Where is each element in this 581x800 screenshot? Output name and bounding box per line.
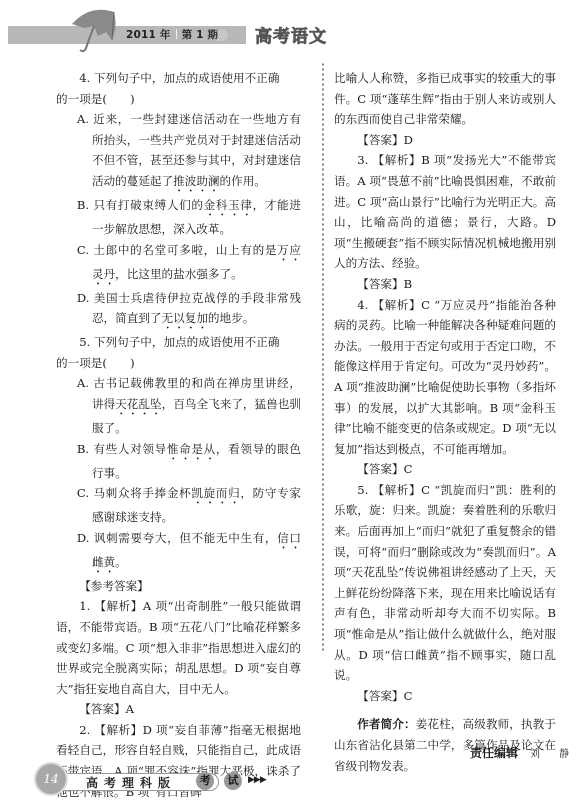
- q4-option-c: C. 土郎中的名堂可多啦，山上有的是万应灵丹，比这里的盐水强多了。: [56, 240, 301, 288]
- chevrons-icon: 》》》: [215, 25, 232, 44]
- issue-number: 第 1 期: [182, 29, 219, 41]
- editor-label: 责任编辑: [470, 746, 518, 760]
- answer-5-analysis: 5. 【解析】C “凯旋而归”凯：胜利的乐歌，旋：归来。凯旋：奏着胜利的乐歌归来…: [334, 480, 556, 686]
- answer-3-analysis: 3. 【解析】B 项“发扬光大”不能带宾语。A 项“畏葸不前”比喻畏惧困难，不敢…: [334, 150, 556, 274]
- issue-year: 2011 年: [126, 29, 171, 41]
- issue-info: 2011 年第 1 期: [126, 27, 218, 42]
- q4-option-a: A. 近来，一些封建迷信活动在一些地方有所抬头，一些共产党员对于封建迷信活动不但…: [56, 109, 301, 195]
- answer-4: 【答案】C: [334, 459, 556, 480]
- left-column: 4. 下列句子中，加点的成语使用不正确 的一项是( ) A. 近来，一些封建迷信…: [56, 68, 301, 800]
- q4-stem: 4. 下列句子中，加点的成语使用不正确: [56, 68, 301, 89]
- answer-4-analysis: 4. 【解析】C “万应灵丹”指能治各种病的灵药。比喻一种能解决各种疑难问题的办…: [334, 295, 556, 460]
- answer-2: 【答案】D: [334, 130, 556, 151]
- badge-kao: 考: [196, 772, 214, 790]
- q5-stem-2: 的一项是( ): [56, 353, 301, 374]
- q5-option-b: B. 有些人对领导惟命是从，看领导的眼色行事。: [56, 439, 301, 484]
- badge-shi: 试: [224, 772, 242, 790]
- arrows-icon: ▶▶▶: [248, 775, 266, 785]
- q4-stem-2: 的一项是( ): [56, 89, 301, 110]
- page-footer: 14 高考理科版 考 试 ▶▶▶: [34, 762, 274, 794]
- answer-3: 【答案】B: [334, 274, 556, 295]
- q4-option-d: D. 美国士兵虐待伊拉克战俘的手段非常残忍，简直到了无以复加的地步。: [56, 288, 301, 333]
- page-header: 2011 年第 1 期 》》》 高考语文: [0, 0, 581, 58]
- q5-stem: 5. 下列句子中，加点的成语使用不正确: [56, 332, 301, 353]
- ref-answer-heading: 【参考答案】: [56, 576, 301, 597]
- page-number: 14: [34, 762, 68, 796]
- section-title: 高考语文: [255, 22, 327, 47]
- column-divider: [320, 62, 326, 652]
- right-column: 比喻人人称赞，多指已成事实的较重大的事件。C 项“蓬荜生辉”指由于别人来访或别人…: [334, 68, 556, 776]
- q5-option-d: D. 讽刺需要夸大，但不能无中生有，信口雌黄。: [56, 528, 301, 576]
- editor-name: 刘 静: [530, 749, 577, 760]
- author-label: 作者简介：: [357, 717, 416, 731]
- answer-1-analysis: 1. 【解析】A 项“出奇制胜”一般只能做谓语，不能带宾语。B 项“五花八门”比…: [56, 596, 301, 699]
- responsible-editor: 责任编辑刘 静: [470, 744, 577, 761]
- answer-5: 【答案】C: [334, 686, 556, 707]
- answer-2-analysis-cont: 比喻人人称赞，多指已成事实的较重大的事件。C 项“蓬荜生辉”指由于别人来访或别人…: [334, 68, 556, 130]
- answer-1: 【答案】A: [56, 699, 301, 720]
- separator: [176, 29, 177, 39]
- edition-title: 高考理科版: [86, 774, 176, 791]
- q5-option-c: C. 马刺众将手捧金杯凯旋而归，防守专家感谢球迷支持。: [56, 483, 301, 528]
- q5-option-a: A. 古书记载佛教里的和尚在禅房里讲经，讲得天花乱坠，百鸟全飞来了，猛兽也驯服了…: [56, 373, 301, 438]
- umbrella-icon: [68, 6, 120, 54]
- q4-option-b: B. 只有打破束缚人们的金科玉律，才能进一步解放思想，深入改革。: [56, 195, 301, 240]
